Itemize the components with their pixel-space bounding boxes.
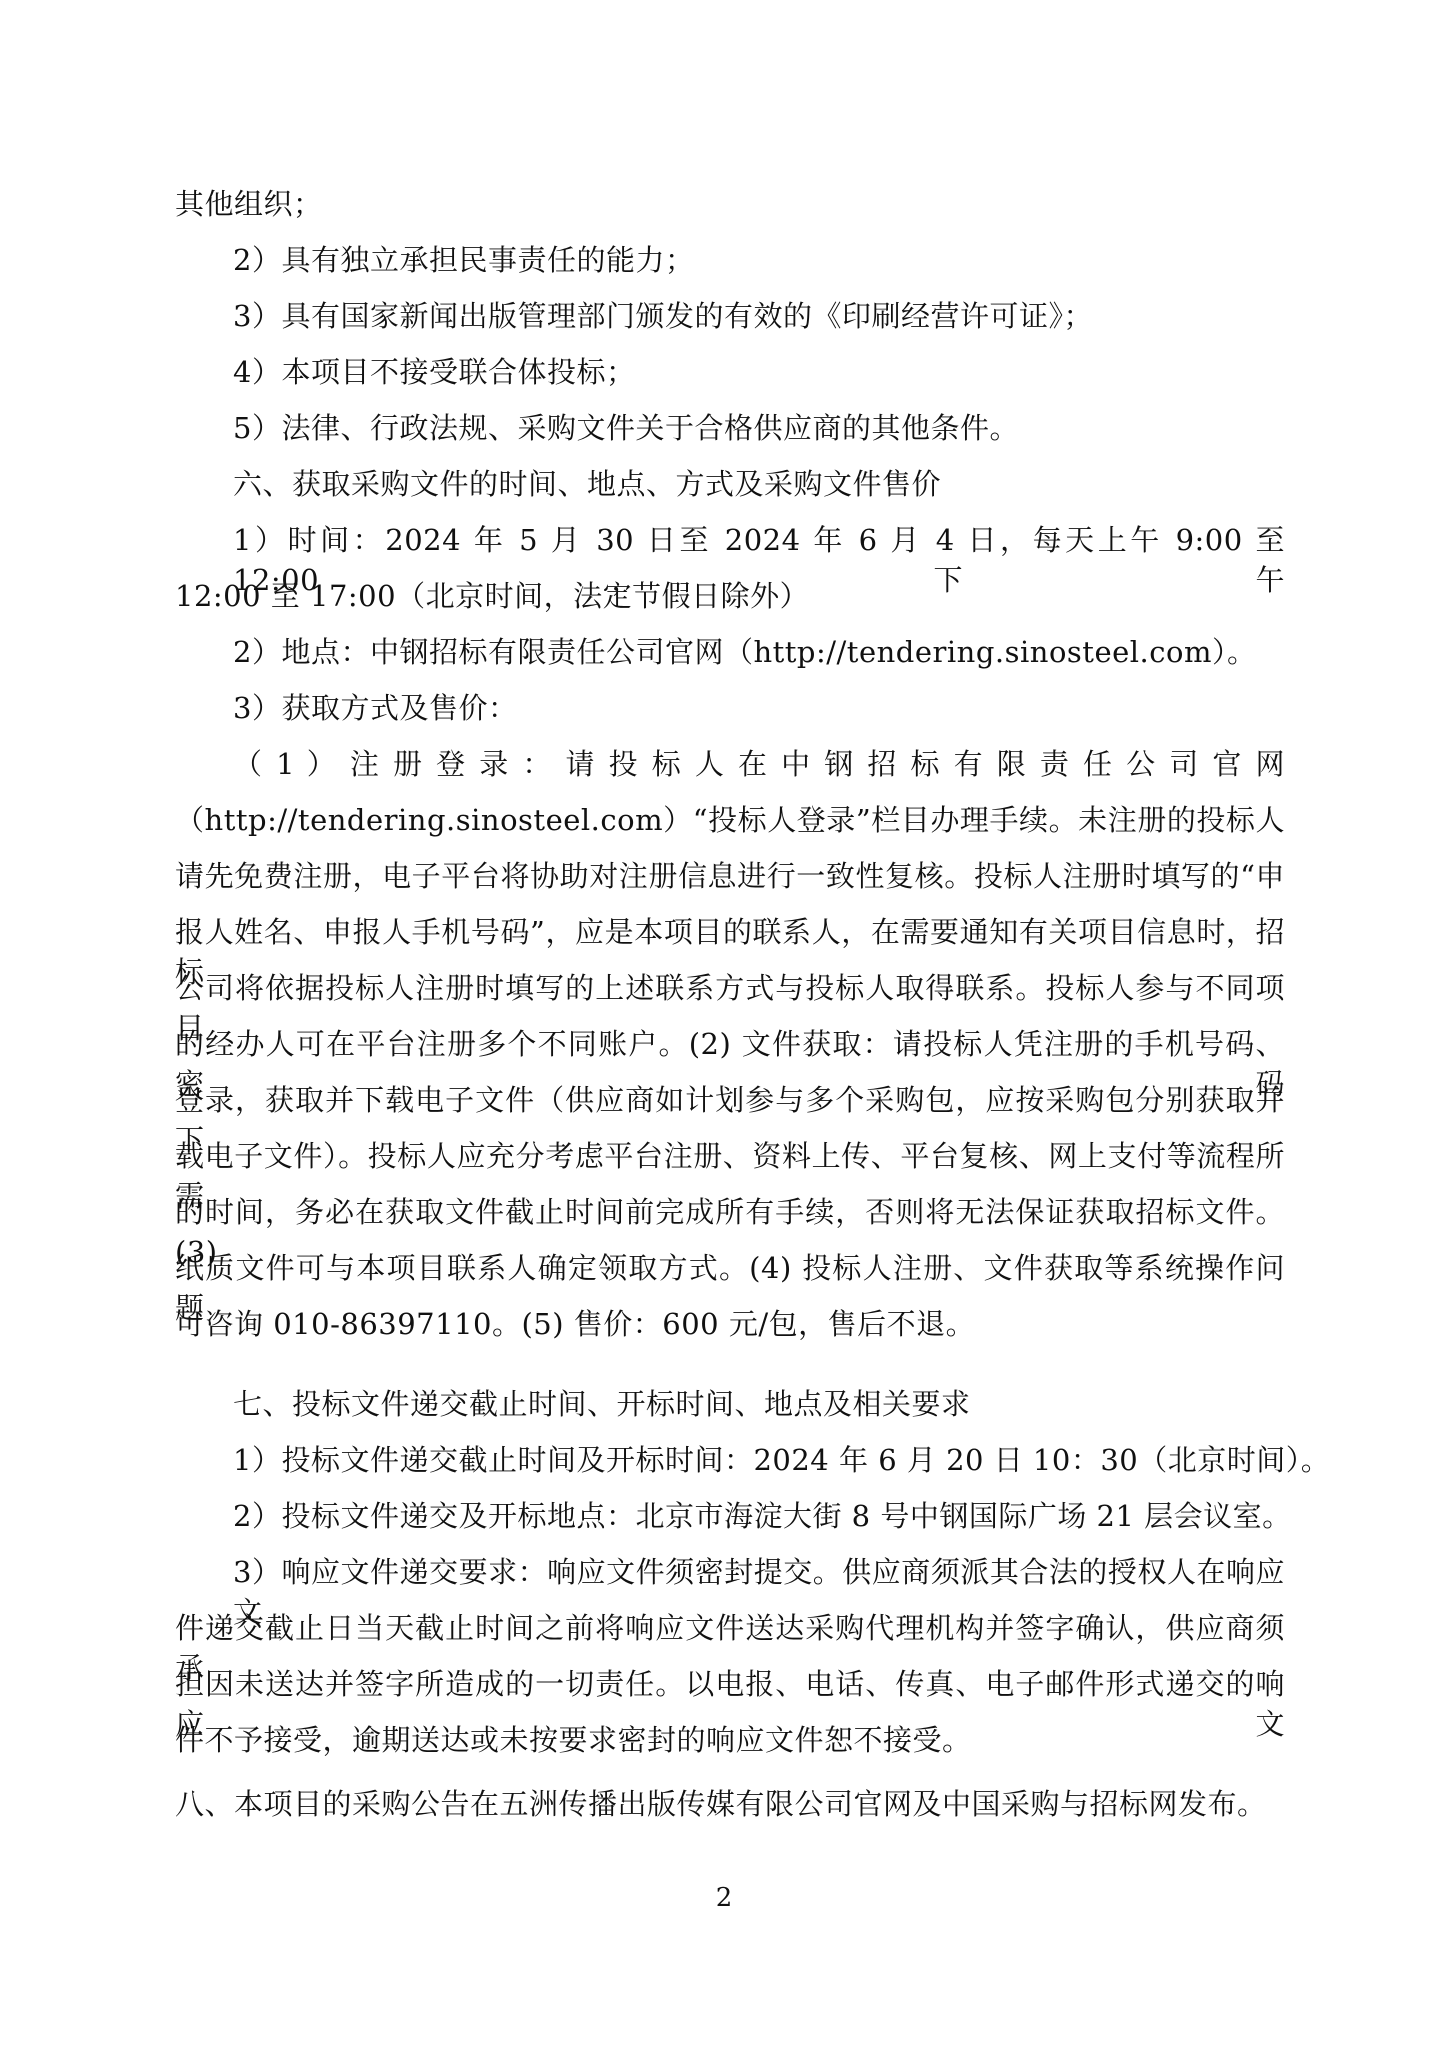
- text-line: 件递交截止日当天截止时间之前将响应文件送达采购代理机构并签字确认，供应商须承: [175, 1608, 1285, 1648]
- text-line: 4）本项目不接受联合体投标；: [233, 352, 1285, 392]
- text-line: 3）获取方式及售价：: [233, 688, 1285, 728]
- text-line: 件不予接受，逾期送达或未按要求密封的响应文件恕不接受。: [175, 1720, 1285, 1760]
- text-line: 5）法律、行政法规、采购文件关于合格供应商的其他条件。: [233, 408, 1285, 448]
- text-line: 登录，获取并下载电子文件（供应商如计划参与多个采购包，应按采购包分别获取并下: [175, 1080, 1285, 1120]
- text-line: 12:00 至 17:00（北京时间，法定节假日除外）: [175, 576, 1285, 616]
- text-line: 担因未送达并签字所造成的一切责任。以电报、电话、传真、电子邮件形式递交的响应文: [175, 1664, 1285, 1704]
- text-line: 2）具有独立承担民事责任的能力；: [233, 240, 1285, 280]
- text-line: 报人姓名、申报人手机号码”，应是本项目的联系人，在需要通知有关项目信息时，招标: [175, 912, 1285, 952]
- text-line: 的经办人可在平台注册多个不同账户。(2) 文件获取：请投标人凭注册的手机号码、密…: [175, 1024, 1285, 1064]
- text-line: 2）投标文件递交及开标地点：北京市海淀大街 8 号中钢国际广场 21 层会议室。: [233, 1496, 1285, 1536]
- document-page: 其他组织； 2）具有独立承担民事责任的能力； 3）具有国家新闻出版管理部门颁发的…: [0, 0, 1448, 2048]
- section-heading-6: 六、获取采购文件的时间、地点、方式及采购文件售价: [233, 464, 1285, 504]
- text-line: 1）时间：2024 年 5 月 30 日至 2024 年 6 月 4 日，每天上…: [233, 520, 1285, 560]
- section-heading-8: 八、本项目的采购公告在五洲传播出版传媒有限公司官网及中国采购与招标网发布。: [175, 1784, 1285, 1824]
- text-line: 3）具有国家新闻出版管理部门颁发的有效的《印刷经营许可证》；: [233, 296, 1285, 336]
- text-line: 1）投标文件递交截止时间及开标时间：2024 年 6 月 20 日 10：30（…: [233, 1440, 1285, 1480]
- text-line: 2）地点：中钢招标有限责任公司官网（http://tendering.sinos…: [233, 632, 1285, 672]
- text-line: （ 1 ） 注 册 登 录 ： 请 投 标 人 在 中 钢 招 标 有 限 责 …: [233, 744, 1285, 784]
- text-line: 公司将依据投标人注册时填写的上述联系方式与投标人取得联系。投标人参与不同项目: [175, 968, 1285, 1008]
- text-line: （http://tendering.sinosteel.com）“投标人登录”栏…: [175, 800, 1285, 840]
- text-line: 纸质文件可与本项目联系人确定领取方式。(4) 投标人注册、文件获取等系统操作问题: [175, 1248, 1285, 1288]
- text-line: 3）响应文件递交要求：响应文件须密封提交。供应商须派其合法的授权人在响应文: [233, 1552, 1285, 1592]
- text-line: 其他组织；: [175, 184, 1285, 224]
- page-number: 2: [0, 1880, 1448, 1916]
- text-line: 载电子文件）。投标人应充分考虑平台注册、资料上传、平台复核、网上支付等流程所需: [175, 1136, 1285, 1176]
- text-line: 的时间，务必在获取文件截止时间前完成所有手续，否则将无法保证获取招标文件。(3): [175, 1192, 1285, 1232]
- section-heading-7: 七、投标文件递交截止时间、开标时间、地点及相关要求: [233, 1384, 1285, 1424]
- text-line: 可咨询 010-86397110。(5) 售价：600 元/包，售后不退。: [175, 1304, 1285, 1344]
- text-line: 请先免费注册，电子平台将协助对注册信息进行一致性复核。投标人注册时填写的“申: [175, 856, 1285, 896]
